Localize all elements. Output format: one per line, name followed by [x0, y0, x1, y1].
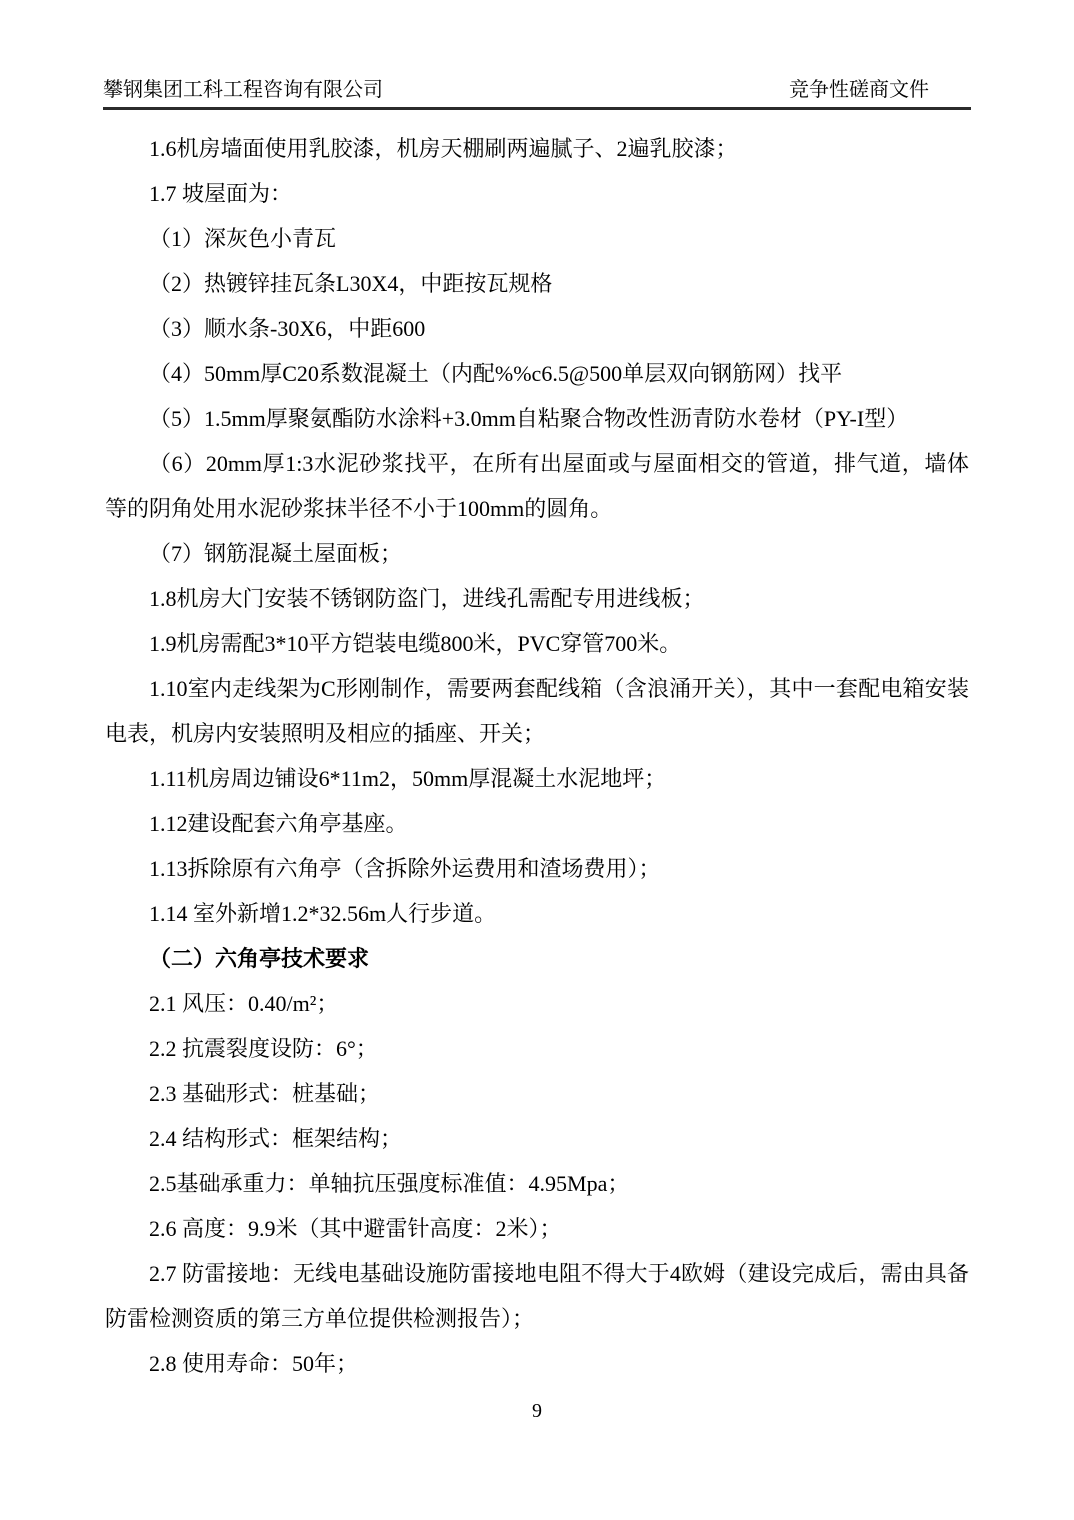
header-doc-type: 竞争性磋商文件 [789, 78, 971, 102]
roof-item-7: （7）钢筋混凝土屋面板； [105, 531, 969, 576]
roof-item-3: （3）顺水条-30X6，中距600 [105, 306, 969, 351]
page-header: 攀钢集团工科工程咨询有限公司 竞争性磋商文件 [103, 78, 971, 110]
roof-item-5: （5）1.5mm厚聚氨酯防水涂料+3.0mm自粘聚合物改性沥青防水卷材（PY-I… [105, 396, 969, 441]
document-body: 1.6机房墙面使用乳胶漆，机房天棚刷两遍腻子、2遍乳胶漆； 1.7 坡屋面为： … [105, 126, 969, 1386]
roof-item-2: （2）热镀锌挂瓦条L30X4，中距按瓦规格 [105, 261, 969, 306]
para-1-12: 1.12建设配套六角亭基座。 [105, 801, 969, 846]
roof-item-6: （6）20mm厚1:3水泥砂浆找平，在所有出屋面或与屋面相交的管道，排气道，墙体… [105, 441, 969, 531]
header-company-name: 攀钢集团工科工程咨询有限公司 [103, 78, 383, 102]
para-1-7: 1.7 坡屋面为： [105, 171, 969, 216]
para-2-6: 2.6 高度：9.9米（其中避雷针高度：2米）； [105, 1206, 969, 1251]
roof-item-4: （4）50mm厚C20系数混凝土（内配%%c6.5@500单层双向钢筋网）找平 [105, 351, 969, 396]
section-heading-pavilion-requirements: （二）六角亭技术要求 [105, 936, 969, 981]
roof-item-1: （1）深灰色小青瓦 [105, 216, 969, 261]
para-2-4: 2.4 结构形式：框架结构； [105, 1116, 969, 1161]
para-1-8: 1.8机房大门安装不锈钢防盗门，进线孔需配专用进线板； [105, 576, 969, 621]
page-number: 9 [532, 1400, 542, 1422]
para-2-1: 2.1 风压：0.40/m²； [105, 981, 969, 1026]
para-1-13: 1.13拆除原有六角亭（含拆除外运费用和渣场费用）； [105, 846, 969, 891]
para-1-14: 1.14 室外新增1.2*32.56m人行步道。 [105, 891, 969, 936]
para-2-5: 2.5基础承重力：单轴抗压强度标准值：4.95Mpa； [105, 1161, 969, 1206]
para-1-6: 1.6机房墙面使用乳胶漆，机房天棚刷两遍腻子、2遍乳胶漆； [105, 126, 969, 171]
para-1-9: 1.9机房需配3*10平方铠装电缆800米，PVC穿管700米。 [105, 621, 969, 666]
para-1-11: 1.11机房周边铺设6*11m2，50mm厚混凝土水泥地坪； [105, 756, 969, 801]
para-2-3: 2.3 基础形式：桩基础； [105, 1071, 969, 1116]
para-1-10: 1.10室内走线架为C形刚制作，需要两套配线箱（含浪涌开关），其中一套配电箱安装… [105, 666, 969, 756]
para-2-7: 2.7 防雷接地：无线电基础设施防雷接地电阻不得大于4欧姆（建设完成后，需由具备… [105, 1251, 969, 1341]
para-2-2: 2.2 抗震裂度设防：6°； [105, 1026, 969, 1071]
para-2-8: 2.8 使用寿命：50年； [105, 1341, 969, 1386]
document-page: 攀钢集团工科工程咨询有限公司 竞争性磋商文件 1.6机房墙面使用乳胶漆，机房天棚… [0, 0, 1074, 1520]
page-footer: 9 [0, 1398, 1074, 1424]
